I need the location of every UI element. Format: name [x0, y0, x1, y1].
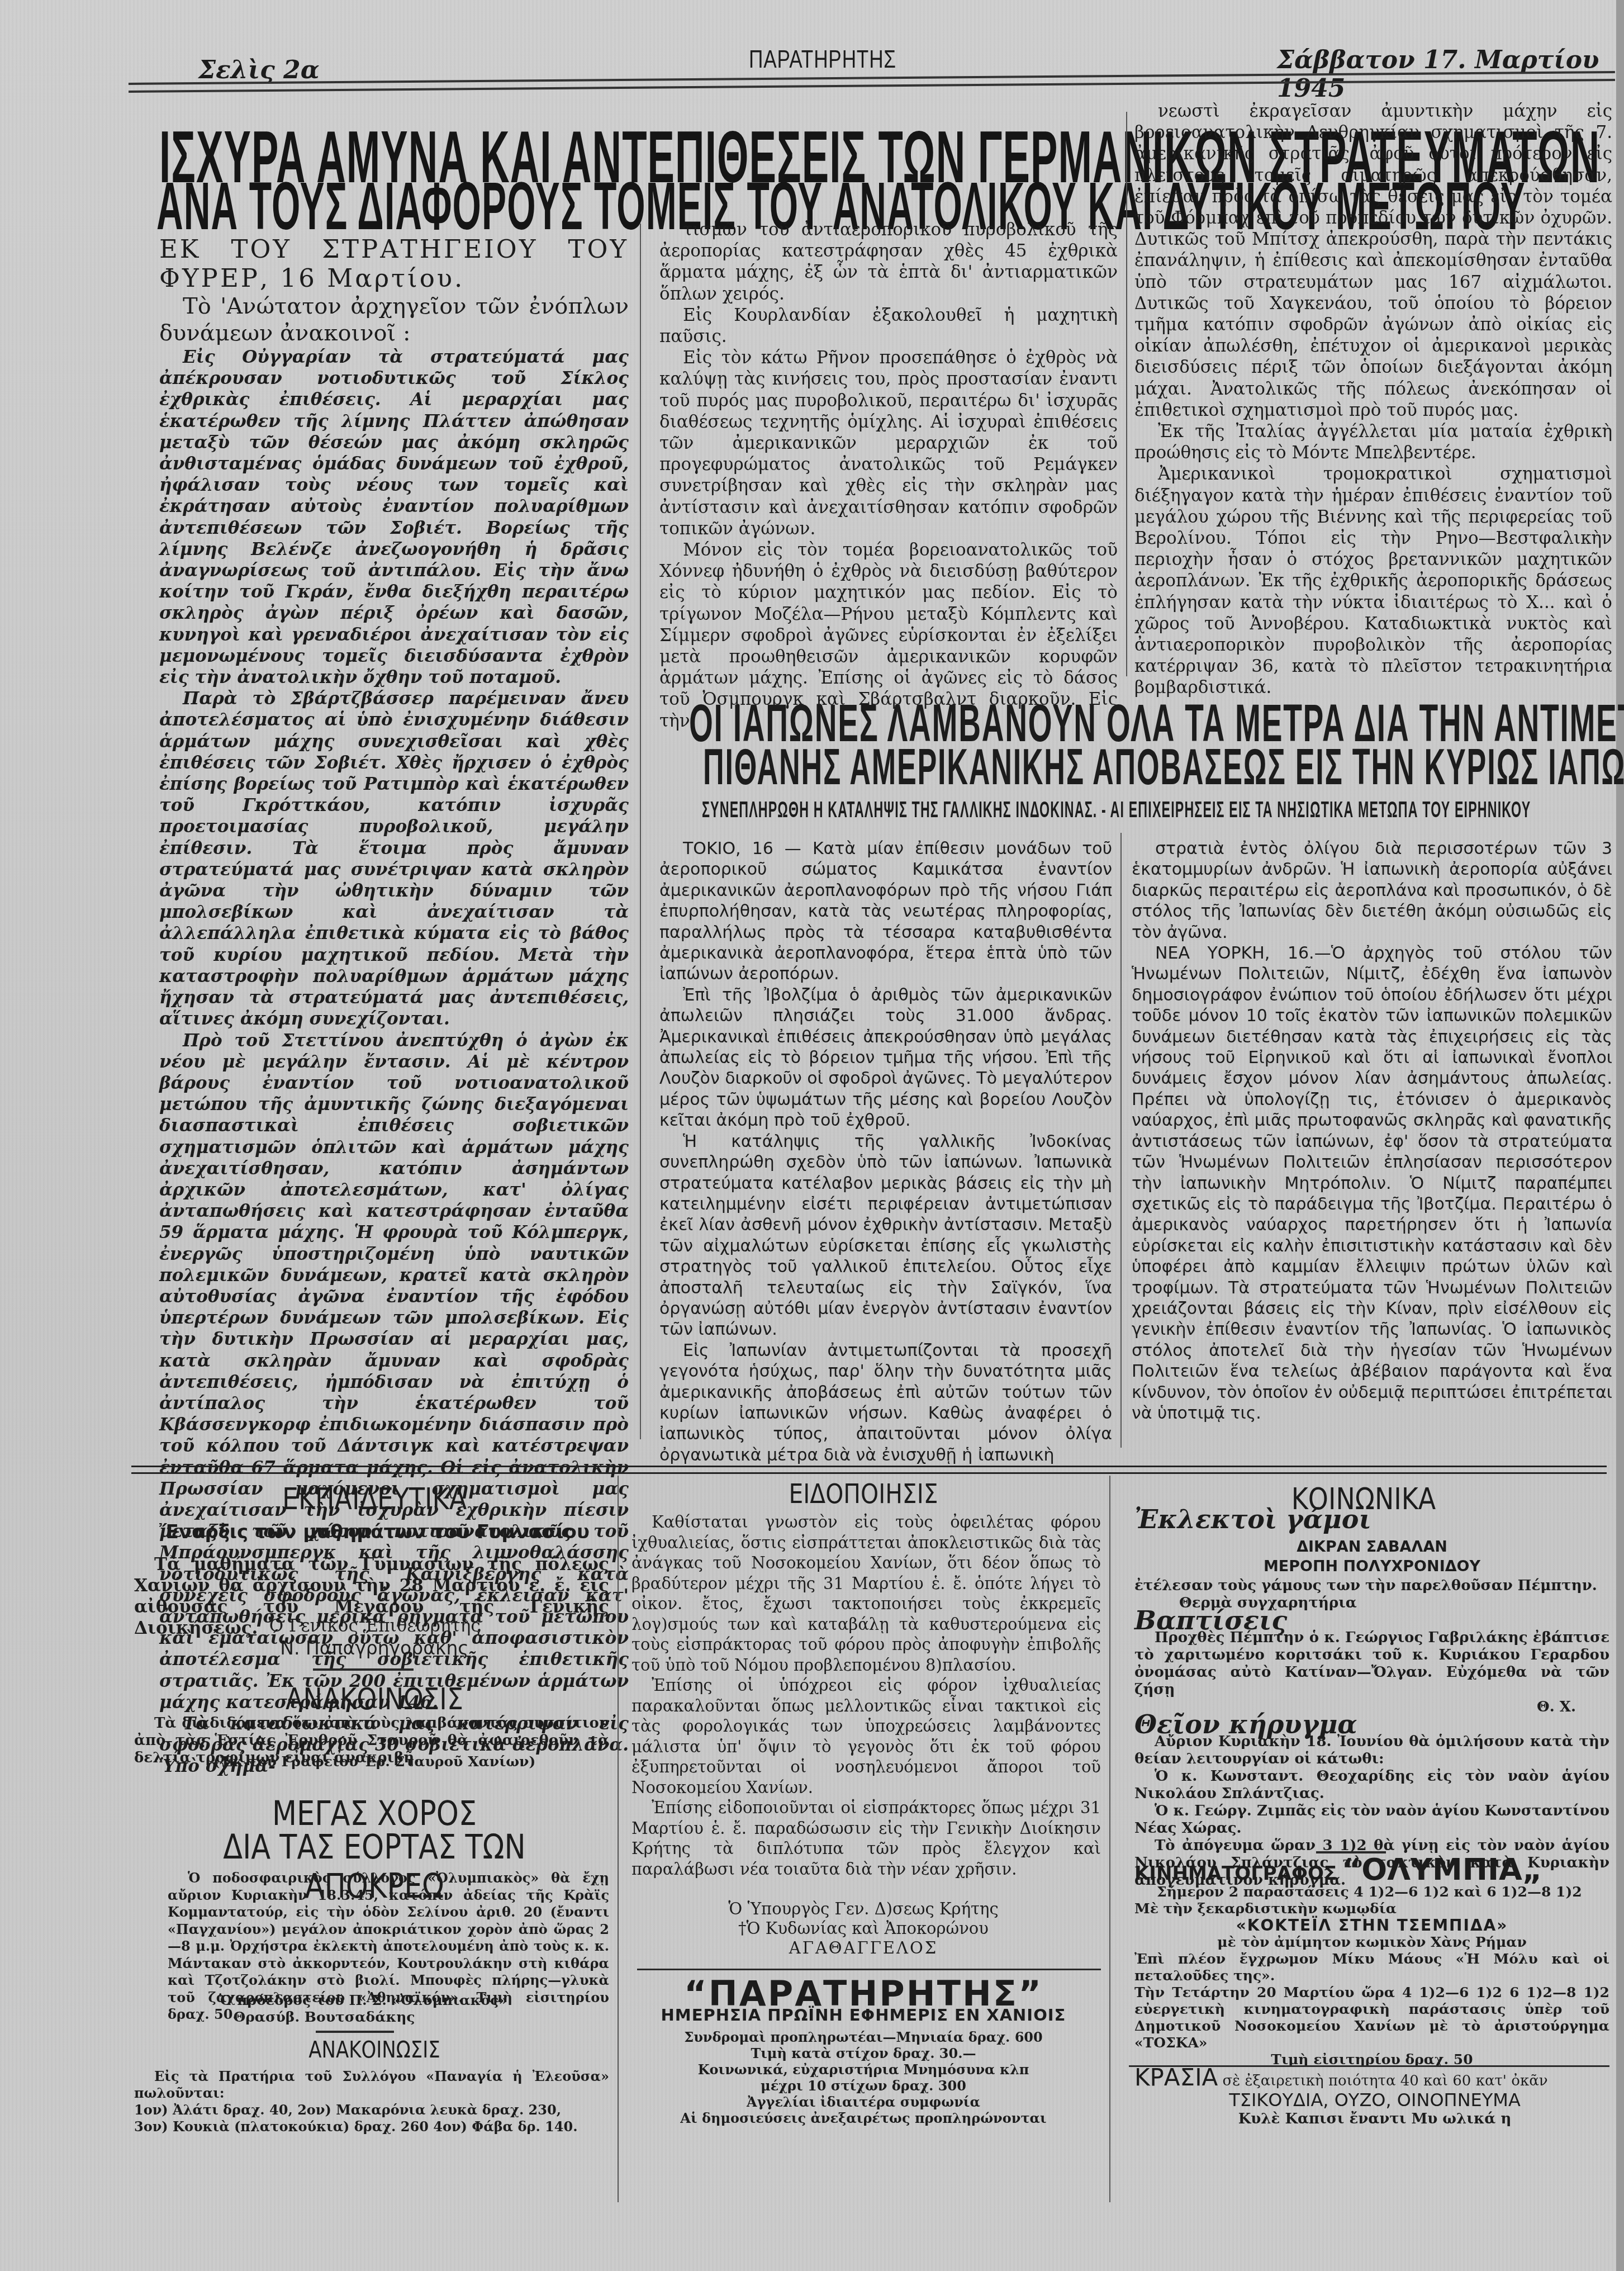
- paragraph: Εἰς Κουρλανδίαν ἐξακολουθεῖ ἡ μαχητικὴ π…: [659, 305, 1118, 347]
- headline-japan-line2: ΠΙΘΑΝΗΣ ΑΜΕΡΙΚΑΝΙΚΗΣ ΑΠΟΒΑΣΕΩΣ ΕΙΣ ΤΗΝ Κ…: [703, 739, 1624, 796]
- german-column-3: νεωστὶ ἐκραγεῖσαν ἀμυντικὴν μάχην εἰς βο…: [1134, 101, 1612, 699]
- paragraph: ΤΟΚΙΟ, 16 — Κατὰ μίαν ἐπίθεσιν μονάδων τ…: [659, 838, 1112, 985]
- cinema-star: μὲ τὸν ἀμίμητον κωμικὸν Χὰνς Ρήμαν: [1134, 1934, 1609, 1951]
- paragraph: Εἰς Ἰαπωνίαν ἀντιμετωπίζονται τὰ προσεχῆ…: [659, 1340, 1112, 1466]
- cinema-showtimes: Σήμερον 2 παραστάσεις 4 1)2—6 1)2 καὶ 6 …: [1134, 1884, 1609, 1900]
- rate-line: Κοινωνικά, εὐχαριστήρια Μνημόσυνα κλπ: [620, 2061, 1107, 2078]
- rate-line: Ἀγγελίαι ἰδιαιτέρα συμφωνία: [620, 2094, 1107, 2110]
- education-title: ΕΚΠΑΙΔΕΥΤΙΚΑ: [170, 1481, 579, 1516]
- column-divider: [618, 1476, 619, 2202]
- german-column-1: ΕΚ ΤΟΥ ΣΤΡΑΤΗΓΕΙΟΥ ΤΟΥ ΦΥΡΕΡ, 16 Μαρτίου…: [159, 235, 629, 1777]
- baptism-text: Προχθὲς Πέμπτην ὁ κ. Γεώργιος Γαβριλάκης…: [1134, 1629, 1609, 1699]
- paragraph: Ἡ κατάληψις τῆς γαλλικῆς Ἰνδοκίνας συνεπ…: [659, 1131, 1112, 1340]
- paragraph: Ἐκ τῆς Ἰταλίας ἀγγέλλεται μία ματαία ἐχθ…: [1134, 421, 1612, 463]
- japan-column-2: στρατιὰ ἐντὸς ὀλίγου διὰ περισσοτέρων τῶ…: [1132, 838, 1612, 1424]
- cinema-benefit: Τὴν Τετάρτην 20 Μαρτίου ὥρα 4 1)2—6 1)2 …: [1134, 1984, 1609, 2051]
- cinema-name: “ΟΛΥΜΠΙΑ„: [1342, 1852, 1542, 1887]
- page-edge: [1616, 0, 1624, 2271]
- dance-signature-name: Θρασύβ. Βουτσαδάκης: [168, 2008, 481, 2026]
- wedding-heading: Ἐκλεκτοὶ γάμοι: [1134, 1511, 1609, 1528]
- announcement-title: ΑΝΑΚΟΙΝΩΣΙΣ: [170, 1681, 579, 1717]
- education-signature-name: Ν. Παπαγρηγοράκης: [134, 1639, 615, 1657]
- paragraph: Παρὰ τὸ Σβάρτζβάσσερ παρέμειναν ἄνευ ἀπο…: [159, 688, 629, 1030]
- rate-line: Τιμὴ κατὰ στίχον δραχ. 30.—: [620, 2045, 1107, 2061]
- rate-line: Αἱ δημοσιεύσεις ἀνεξαιρέτως προπληρώνοντ…: [620, 2110, 1107, 2126]
- cinema-extra: Ἐπὶ πλέον ἔγχρωμον Μίκυ Μάους «Ἡ Μόλυ κα…: [1134, 1951, 1609, 1984]
- rate-line: Συνδρομαὶ προπληρωτέαι—Μηνιαία δραχ. 600: [620, 2029, 1107, 2045]
- dateline: ΕΚ ΤΟΥ ΣΤΡΑΤΗΓΕΙΟΥ ΤΟΥ ΦΥΡΕΡ, 16 Μαρτίου…: [159, 235, 629, 293]
- paragraph: τισμῶν τοῦ ἀντιαεροπορικοῦ πυροβολικοῦ τ…: [659, 219, 1118, 305]
- bride-name: ΜΕΡΟΠΗ ΠΟΛΥΧΡΟΝΙΔΟΥ: [1134, 1558, 1609, 1575]
- newspaper-rates: Συνδρομαὶ προπληρωτέαι—Μηνιαία δραχ. 600…: [620, 2029, 1107, 2126]
- paragraph: Καθίσταται γνωστὸν εἰς τοὺς ὀφειλέτας φό…: [631, 1512, 1101, 1675]
- newspaper-name: ΠΑΡΑΤΗΡΗΤΗΣ: [749, 46, 896, 74]
- section-rule: [131, 1466, 1607, 1474]
- sermon-heading: Θεῖον κήρυγμα: [1134, 1716, 1609, 1733]
- paragraph: Ἐπίσης εἰδοποιοῦνται οἱ εἰσπράκτορες ὅπω…: [631, 1798, 1101, 1879]
- notice-title: ΕΙΔΟΠΟΙΗΣΙΣ: [657, 1478, 1070, 1510]
- paragraph: ΝΕΑ ΥΟΡΚΗ, 16.—Ὁ ἀρχηγὸς τοῦ στόλου τῶν …: [1132, 943, 1612, 1424]
- paragraph: Ἀμερικανικοὶ τρομοκρατικοὶ σχηματισμοὶ δ…: [1134, 463, 1612, 698]
- wine-line1: σὲ ἐξαιρετικὴ ποιότητα 40 καὶ 60 κατ' ὀκ…: [1223, 2073, 1548, 2089]
- page-number: Σελὶς 2α: [198, 56, 320, 84]
- paragraph: νεωστὶ ἐκραγεῖσαν ἀμυντικὴν μάχην εἰς βο…: [1134, 101, 1612, 421]
- baptism-heading: Βαπτίσεις: [1134, 1612, 1609, 1629]
- column-divider: [640, 224, 641, 1439]
- paragraph: Εἰς τὸν κάτω Ρῆνον προσεπάθησε ὁ ἐχθρὸς …: [659, 347, 1118, 539]
- paragraph: Εἰς Οὐγγαρίαν τὰ στρατεύματά μας ἀπέκρου…: [159, 347, 629, 688]
- education-subtitle: Ἔναρξις τῶν μαθημάτων τοῦ Γυμνασίου: [134, 1523, 615, 1542]
- announcement-signature: (Ἐκ τοῦ Γραφείου Ἐρ. Σταυροῦ Χανίων): [134, 1752, 615, 1771]
- wine-line2: ΤΣΙΚΟΥΔΙΑ, ΟΥΖΟ, ΟΙΝΟΠΝΕΥΜΑ: [1134, 2090, 1615, 2109]
- intro: Τὸ 'Ανώτατον ἀρχηγεῖον τῶν ἐνόπλων δυνάμ…: [159, 293, 629, 347]
- rate-line: μέχρι 10 στίχων δραχ. 300: [620, 2078, 1107, 2094]
- wine-ad: ΚΡΑΣΙΑ σὲ ἐξαιρετικὴ ποιότητα 40 καὶ 60 …: [1134, 2068, 1615, 2128]
- paragraph: στρατιὰ ἐντὸς ὀλίγου διὰ περισσοτέρων τῶ…: [1132, 838, 1612, 943]
- japan-column-1: ΤΟΚΙΟ, 16 — Κατὰ μίαν ἐπίθεσιν μονάδων τ…: [659, 838, 1112, 1466]
- paragraph: Ἐπίσης οἱ ὑπόχρεοι εἰς φόρον ἰχθυαλιείας…: [631, 1675, 1101, 1798]
- divider: [316, 2031, 394, 2033]
- column-divider: [1109, 1476, 1110, 2202]
- cinema-intro: Μὲ τὴν ξεκαρδιστικὴν κωμῳδία: [1134, 1900, 1609, 1917]
- column-divider: [1120, 833, 1122, 1448]
- wine-headline: ΚΡΑΣΙΑ: [1134, 2064, 1218, 2091]
- wedding-text: ἐτέλεσαν τοὺς γάμους των τὴν παρελθοῦσαν…: [1134, 1577, 1609, 1595]
- cinema-label: ΚΙΝΗΜΑΤΟΓΡΑΦΟΣ: [1134, 1862, 1337, 1885]
- dance-signature-title: Ὁ πρόεδρος τοῦ Π. Σ. «Ὀλυμπιακὸς»: [168, 1991, 559, 2009]
- subheadline-japan: ΣΥΝΕΠΛΗΡΩΘΗ Η ΚΑΤΑΛΗΨΙΣ ΤΗΣ ΓΑΛΛΙΚΗΣ ΙΝΔ…: [702, 798, 1531, 823]
- wine-line3: Κυλὲ Καπισι ἔναντι Μυ ωλικά η: [1134, 2109, 1615, 2128]
- paragraph: Ἐπὶ τῆς Ἰβολζίμα ὁ ἀριθμὸς τῶν ἀμερικανι…: [659, 985, 1112, 1131]
- shop-announcement-title: ΑΝΑΚΟΙΝΩΣΙΣ: [170, 2037, 579, 2063]
- cinema-ad: ΚΙΝΗΜΑΤΟΓΡΑΦΟΣ “ΟΛΥΜΠΙΑ„ Σήμερον 2 παρασ…: [1134, 1861, 1609, 2068]
- shop-announcement-body: Εἰς τὰ Πρατήρια τοῦ Συλλόγου «Παναγία ἡ …: [134, 2068, 609, 2135]
- notice-signature: Ὁ Ὑπουργὸς Γεν. Δ)σεως Κρήτης †Ὁ Κυδωνία…: [620, 1899, 1107, 1958]
- paragraph: Αὔριον Κυριακὴν 18. Ἰουνίου θὰ ὁμιλήσουν…: [1134, 1733, 1609, 1768]
- social-section: Ἐκλεκτοὶ γάμοι ΔΙΚΡΑΝ ΣΑΒΑΛΑΝ ΜΕΡΟΠΗ ΠΟΛ…: [1134, 1484, 1609, 1889]
- groom-name: ΔΙΚΡΑΝ ΣΑΒΑΛΑΝ: [1134, 1538, 1609, 1556]
- newspaper-tagline: ΗΜΕΡΗΣΙΑ ΠΡΩΪΝΗ ΕΦΗΜΕΡΙΣ ΕΝ ΧΑΝΙΟΙΣ: [620, 2006, 1107, 2025]
- newspaper-info-box: “ΠΑΡΑΤΗΡΗΤΗΣ” ΗΜΕΡΗΣΙΑ ΠΡΩΪΝΗ ΕΦΗΜΕΡΙΣ Ε…: [620, 1984, 1107, 2126]
- divider: [313, 1668, 414, 1671]
- paragraph: Ὁ κ. Γεώργ. Ζιμπᾶς εἰς τὸν ναὸν ἁγίου Κω…: [1134, 1803, 1609, 1837]
- column-divider: [1126, 112, 1127, 676]
- paragraph: Ὁ κ. Κωνσταντ. Θεοχαρίδης εἰς τὸν ναὸν ἁ…: [1134, 1768, 1609, 1803]
- notice-body: Καθίσταται γνωστὸν εἰς τοὺς ὀφειλέτας φό…: [631, 1512, 1101, 1879]
- cinema-film: «ΚΟΚΤΕΪΛ ΣΤΗΝ ΤΣΕΜΠΙΔΑ»: [1134, 1917, 1609, 1934]
- education-signature-title: Ὁ Γενικὸς Ἐπιθεωρητὴς: [134, 1617, 615, 1635]
- divider: [637, 1969, 1101, 1970]
- newspaper-info-name: “ΠΑΡΑΤΗΡΗΤΗΣ”: [620, 1984, 1107, 2003]
- german-column-2: τισμῶν τοῦ ἀντιαεροπορικοῦ πυροβολικοῦ τ…: [659, 219, 1118, 732]
